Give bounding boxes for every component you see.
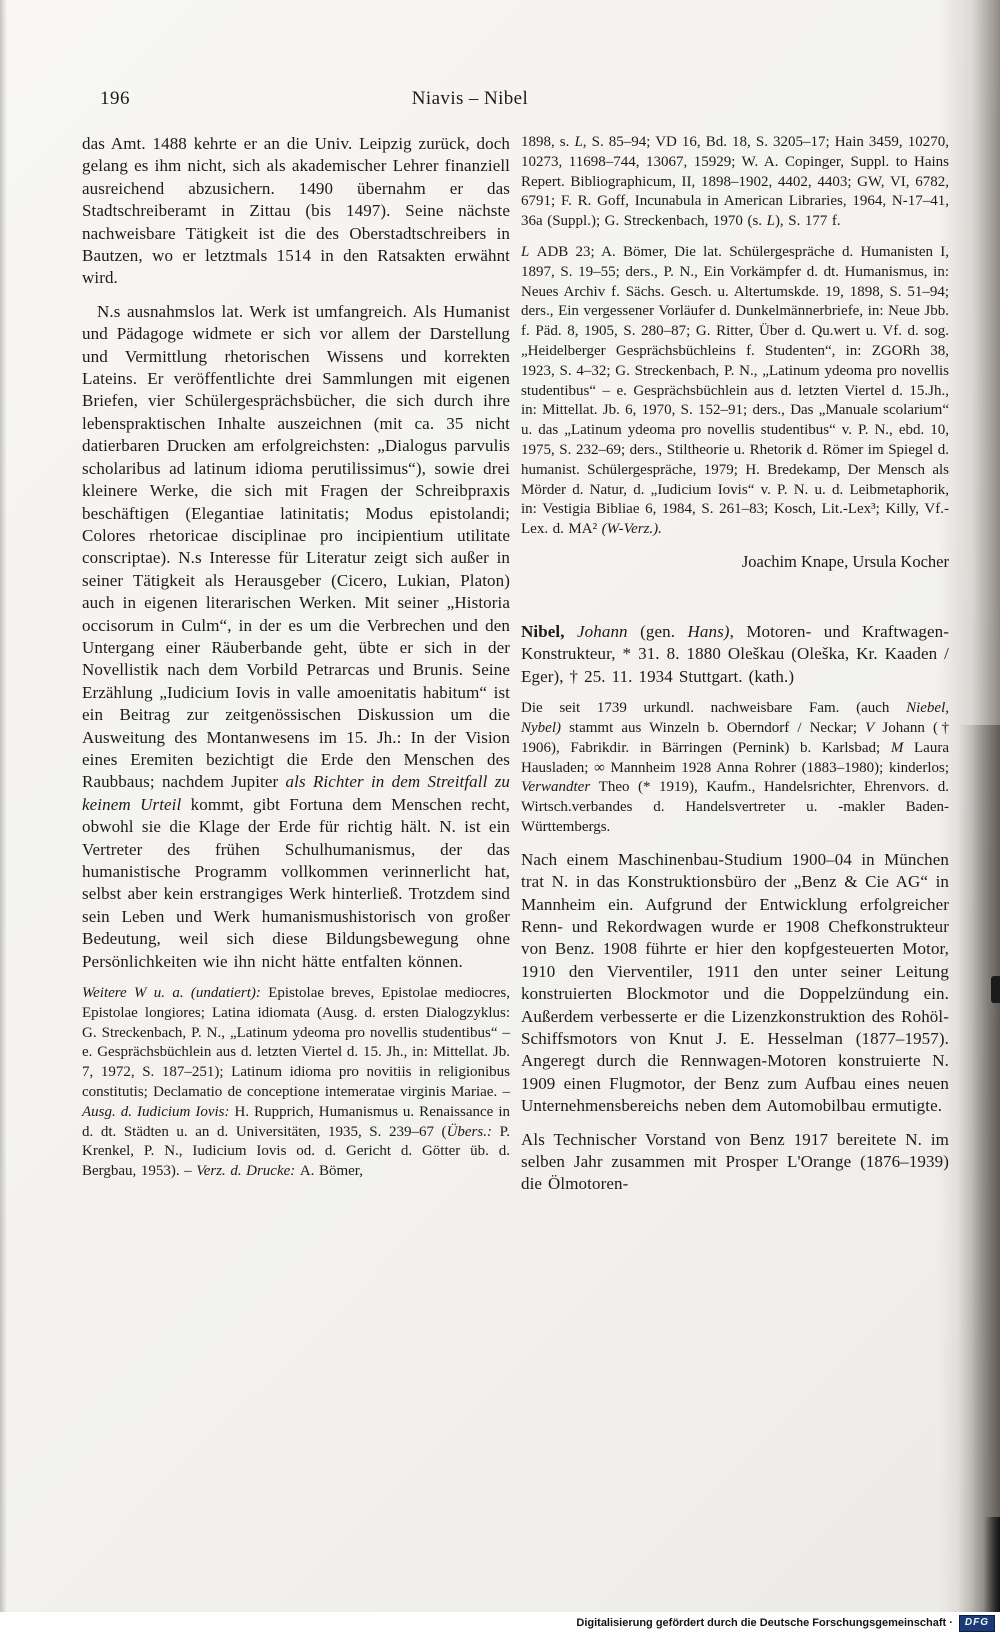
text-run: Die seit 1739 urkundl. nachweisbare Fam.… <box>521 700 906 716</box>
paragraph: Die seit 1739 urkundl. nachweisbare Fam.… <box>521 699 949 838</box>
digitization-footer: Digitalisierung gefördert durch die Deut… <box>0 1612 1000 1634</box>
text-run: ), S. 177 f. <box>775 213 841 229</box>
text-run: Johann <box>577 622 628 641</box>
text-run: Nibel, <box>521 622 565 641</box>
text-run: 1898, s. <box>521 134 574 150</box>
text-run: (W-Verz.). <box>602 521 662 537</box>
scan-shadow-left-edge <box>0 0 7 1612</box>
text-run: Übers.: <box>447 1124 492 1140</box>
text-run: V <box>865 720 874 736</box>
text-run: ADB 23; A. Bömer, Die lat. Schülergesprä… <box>521 244 949 537</box>
paragraph: Nach einem Maschinenbau-Studium 1900–04 … <box>521 849 949 1118</box>
text-run <box>565 622 577 641</box>
paragraph: das Amt. 1488 kehrte er an die Univ. Lei… <box>82 133 510 290</box>
paragraph: 1898, s. L, S. 85–94; VD 16, Bd. 18, S. … <box>521 133 949 232</box>
paragraph: Joachim Knape, Ursula Kocher <box>521 551 949 573</box>
running-header-title: Niavis – Nibel <box>0 88 940 110</box>
text-run: L <box>767 213 775 229</box>
paragraph: Weitere W u. a. (undatiert): Epistolae b… <box>82 984 510 1182</box>
text-run: Verwandter <box>521 779 590 795</box>
scan-shadow-bottom-right-corner <box>984 1517 1000 1612</box>
column-right: 1898, s. L, S. 85–94; VD 16, Bd. 18, S. … <box>521 133 949 1207</box>
scan-area: 196 Niavis – Nibel das Amt. 1488 kehrte … <box>0 0 1000 1612</box>
paragraph: L ADB 23; A. Bömer, Die lat. Schülergesp… <box>521 243 949 540</box>
text-run: A. Bömer, <box>295 1163 363 1179</box>
text-run: kommt, gibt Fortuna dem Menschen recht, … <box>82 795 510 971</box>
text-run: L <box>574 134 582 150</box>
text-run: Weitere W u. a. (undatiert): <box>82 985 261 1001</box>
text-run: (gen. <box>628 622 688 641</box>
paragraph: N.s ausnahmslos lat. Werk ist umfangreic… <box>82 301 510 973</box>
text-run: N.s ausnahmslos lat. Werk ist umfangreic… <box>82 302 510 792</box>
text-run: Verz. d. Drucke: <box>196 1163 295 1179</box>
digitization-notice: Digitalisierung gefördert durch die Deut… <box>576 1617 953 1629</box>
scan-shadow-right-lower <box>958 725 1000 1612</box>
text-run: Als Technischer Vorstand von Benz 1917 b… <box>521 1130 949 1194</box>
scanned-book-page: 196 Niavis – Nibel das Amt. 1488 kehrte … <box>0 0 1000 1634</box>
column-left: das Amt. 1488 kehrte er an die Univ. Lei… <box>82 133 510 1193</box>
text-run: M <box>891 740 904 756</box>
scan-edge-notch <box>991 976 1000 1003</box>
text-run: Epistolae breves, Epistolae mediocres, E… <box>82 985 510 1100</box>
text-run: Nach einem Maschinenbau-Studium 1900–04 … <box>521 850 949 1115</box>
text-run: , S. 85–94; VD 16, Bd. 18, S. 3205–17; H… <box>521 134 949 229</box>
text-run: Joachim Knape, Ursula Kocher <box>742 552 949 571</box>
paragraph: Als Technischer Vorstand von Benz 1917 b… <box>521 1129 949 1196</box>
text-run: stammt aus Winzeln b. Oberndorf / Neckar… <box>561 720 865 736</box>
dfg-logo: DFG <box>959 1615 995 1632</box>
text-columns: das Amt. 1488 kehrte er an die Univ. Lei… <box>82 133 949 1207</box>
text-run: Ausg. d. Iudicium Iovis: <box>82 1104 230 1120</box>
text-run: das Amt. 1488 kehrte er an die Univ. Lei… <box>82 134 510 287</box>
text-run: Hans) <box>688 622 730 641</box>
paragraph: Nibel, Johann (gen. Hans), Motoren- und … <box>521 621 949 688</box>
